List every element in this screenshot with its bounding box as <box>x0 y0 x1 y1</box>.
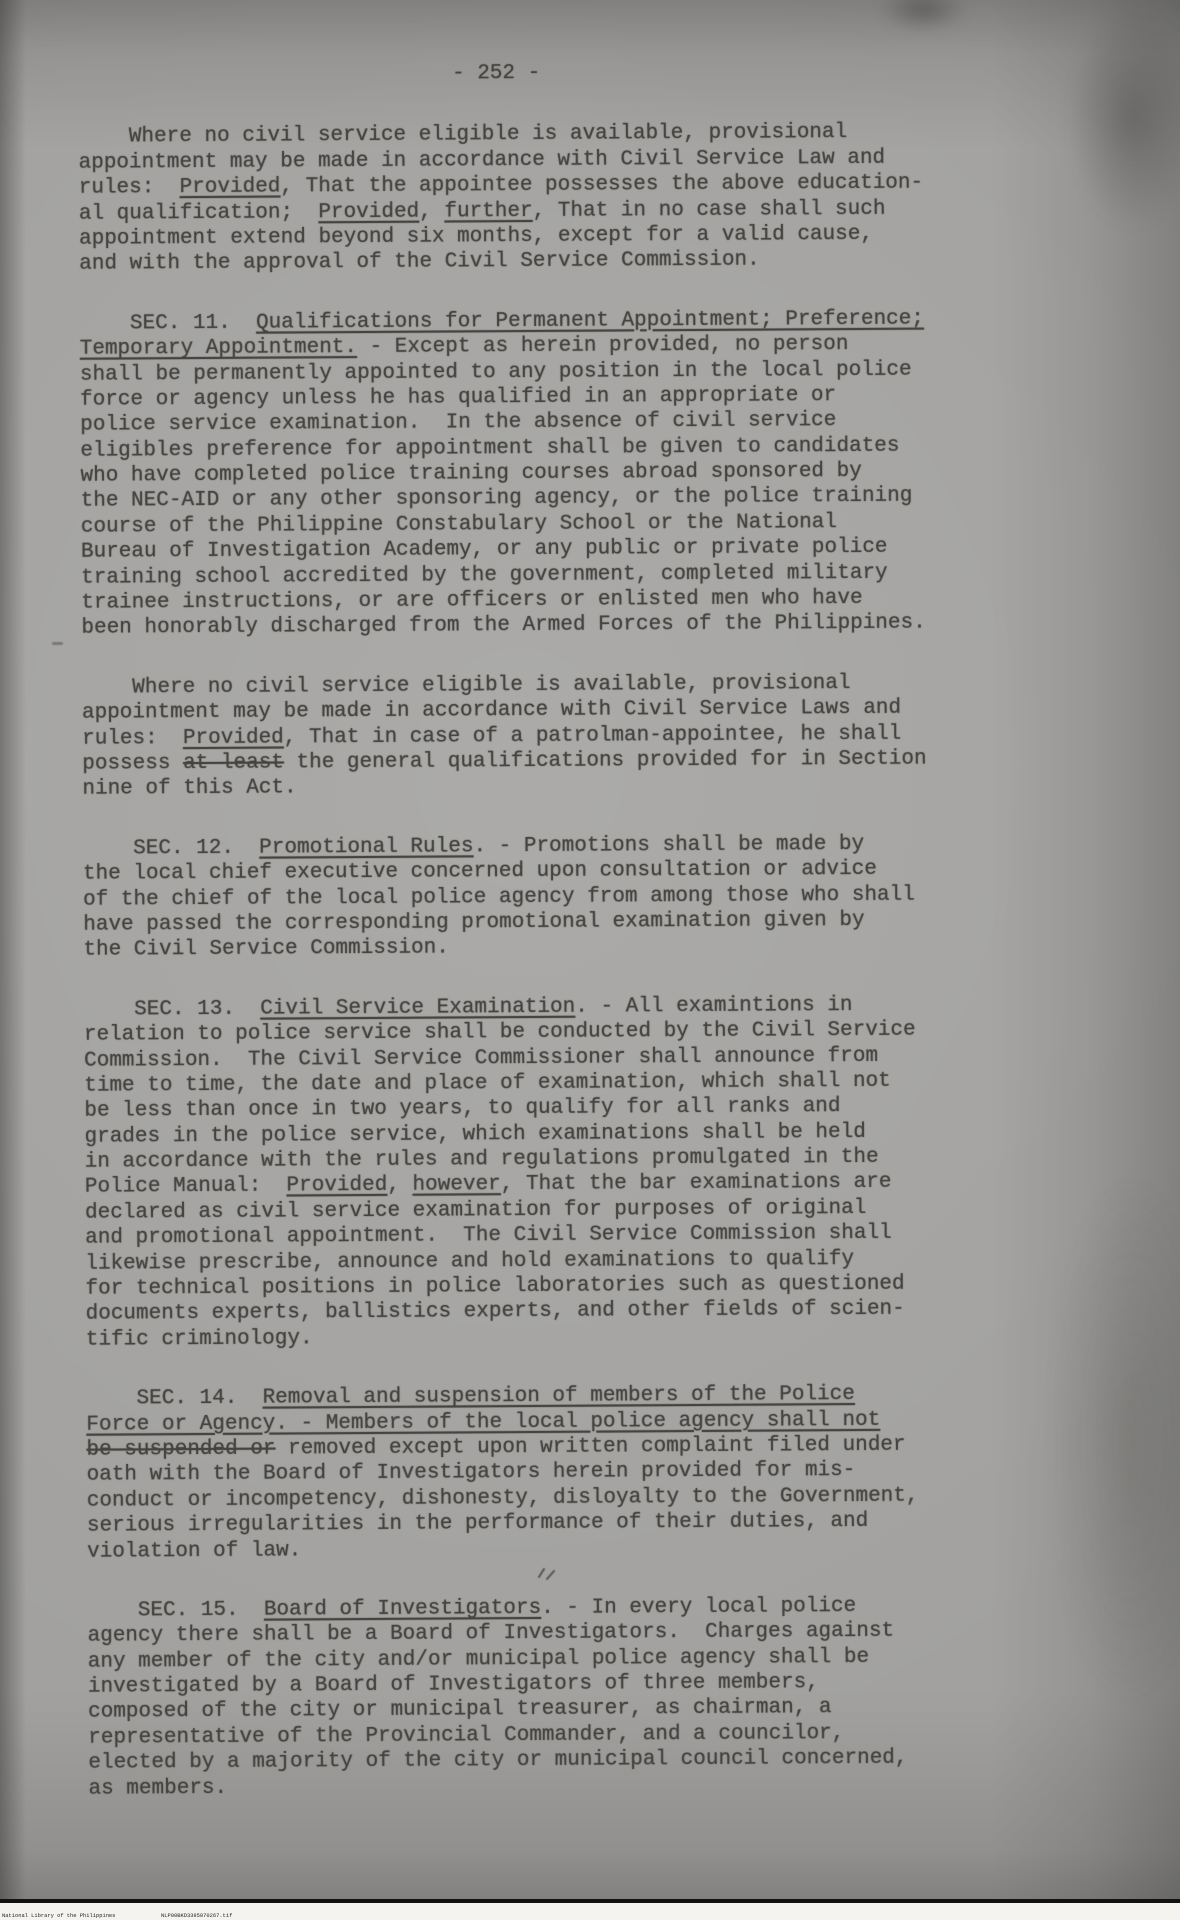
paragraph: SEC. 12. Promotional Rules. - Promotions… <box>83 832 984 964</box>
text-line: tific criminology. <box>86 1323 986 1354</box>
paragraph: SEC. 14. Removal and suspension of membe… <box>86 1382 987 1565</box>
text-line: nine of this Act. <box>82 773 982 804</box>
shadow-right-edge <box>1050 1180 1180 1700</box>
scan-footer-text: National Library of the PhilippinesNLP00… <box>2 1913 232 1919</box>
scanned-page: - 252 - Where no civil service eligible … <box>0 0 1180 1920</box>
document-body: - 252 - Where no civil service eligible … <box>78 59 989 1803</box>
ink-smudge-top <box>878 0 968 32</box>
page-number: - 252 - <box>78 59 978 90</box>
footer-library-label: National Library of the Philippines <box>2 1913 115 1919</box>
paragraph: SEC. 11. Qualifications for Permanent Ap… <box>80 307 982 643</box>
paragraph: Where no civil service eligible is avail… <box>78 121 979 279</box>
text-line: as members. <box>88 1772 988 1803</box>
document-text: Where no civil service eligible is avail… <box>78 121 988 1803</box>
text-line: violation of law. <box>87 1535 987 1566</box>
paragraph: Where no civil service eligible is avail… <box>82 671 983 803</box>
scan-footer-bar: National Library of the PhilippinesNLP00… <box>0 1899 1180 1920</box>
margin-dash-mark <box>52 642 63 645</box>
footer-file-id: NLP00BKD3395070267.tif <box>161 1913 232 1919</box>
ink-mark <box>536 1566 558 1587</box>
text-line: and with the approval of the Civil Servi… <box>79 248 979 279</box>
paragraph: SEC. 15. Board of Investigators. - In ev… <box>87 1594 988 1803</box>
text-line: been honorably discharged from the Armed… <box>81 612 981 643</box>
text-line: the Civil Service Commission. <box>83 934 983 965</box>
paragraph: SEC. 13. Civil Service Examination. - Al… <box>84 993 986 1354</box>
ink-smudge-top-right <box>1068 8 1180 228</box>
